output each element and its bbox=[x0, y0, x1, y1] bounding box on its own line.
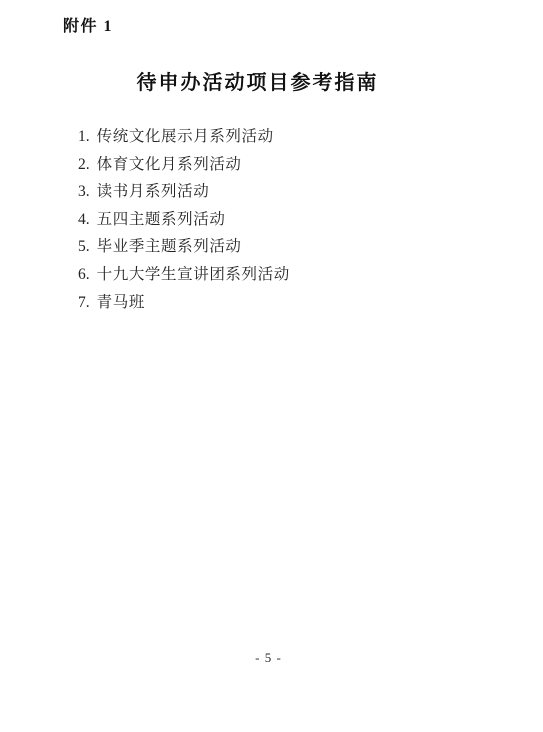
item-number: 7. bbox=[78, 289, 90, 317]
list-item: 1.传统文化展示月系列活动 bbox=[78, 123, 290, 151]
activity-list: 1.传统文化展示月系列活动 2.体育文化月系列活动 3.读书月系列活动 4.五四… bbox=[78, 123, 290, 316]
list-item: 2.体育文化月系列活动 bbox=[78, 151, 290, 179]
item-text: 传统文化展示月系列活动 bbox=[97, 128, 274, 145]
item-number: 3. bbox=[78, 178, 90, 206]
item-text: 五四主题系列活动 bbox=[97, 211, 226, 228]
item-text: 青马班 bbox=[97, 294, 145, 311]
item-number: 1. bbox=[78, 123, 90, 151]
page-number: - 5 - bbox=[0, 650, 537, 666]
item-number: 4. bbox=[78, 206, 90, 234]
item-number: 5. bbox=[78, 233, 90, 261]
list-item: 3.读书月系列活动 bbox=[78, 178, 290, 206]
list-item: 5.毕业季主题系列活动 bbox=[78, 233, 290, 261]
page-title: 待申办活动项目参考指南 bbox=[0, 66, 515, 95]
list-item: 6.十九大学生宣讲团系列活动 bbox=[78, 261, 290, 289]
list-item: 7.青马班 bbox=[78, 289, 290, 317]
document-page: 附件 1 待申办活动项目参考指南 1.传统文化展示月系列活动 2.体育文化月系列… bbox=[0, 0, 543, 732]
item-number: 2. bbox=[78, 151, 90, 179]
item-text: 毕业季主题系列活动 bbox=[97, 238, 242, 255]
list-item: 4.五四主题系列活动 bbox=[78, 206, 290, 234]
item-number: 6. bbox=[78, 261, 90, 289]
attachment-label: 附件 1 bbox=[63, 13, 113, 36]
item-text: 十九大学生宣讲团系列活动 bbox=[97, 266, 290, 283]
item-text: 体育文化月系列活动 bbox=[97, 156, 242, 173]
item-text: 读书月系列活动 bbox=[97, 183, 210, 200]
